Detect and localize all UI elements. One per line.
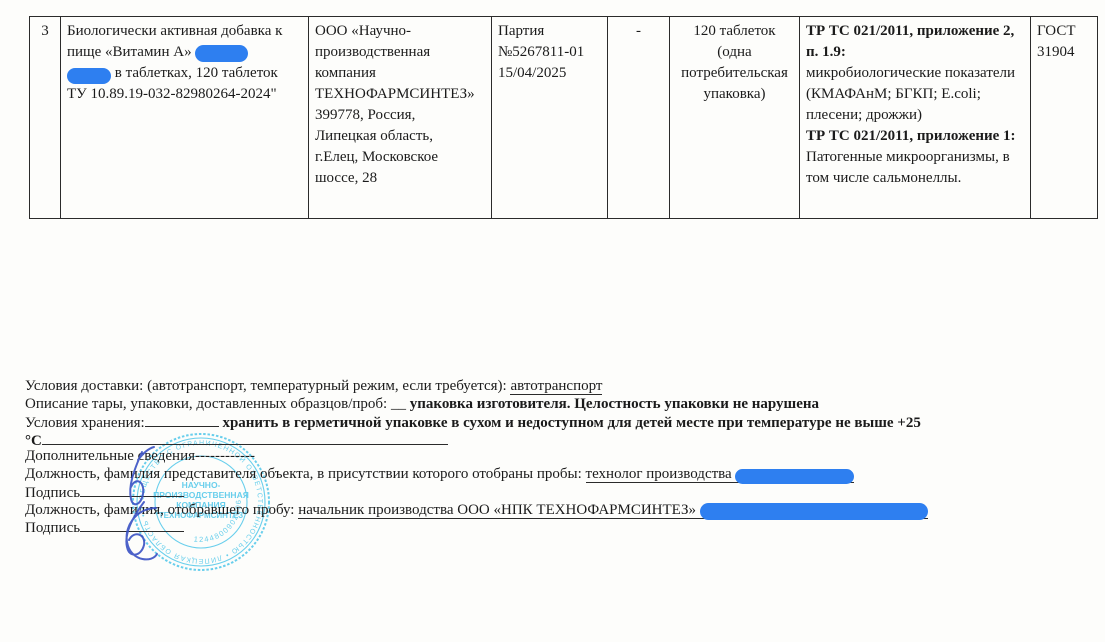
batch-line: 15/04/2025 [498, 65, 566, 81]
delivery-label: Условия доставки: (автотранспорт, темпер… [25, 378, 510, 394]
signature-ink-2 [126, 502, 157, 559]
cell-requirements: ТР ТС 021/2011, приложение 2, п. 1.9: ми… [800, 17, 1031, 219]
redaction-box [195, 45, 248, 62]
product-line: ТУ 10.89.19-032-82980264-2024" [67, 86, 277, 102]
manufacturer-line: шоссе, 28 [315, 170, 377, 186]
manufacturer-line: 399778, Россия, [315, 107, 415, 123]
redaction-box [735, 469, 854, 484]
requirement-body: микробиологические показатели (КМАФАнМ; … [806, 63, 1024, 126]
storage-value-2: °С [25, 433, 42, 449]
representative-value: технолог производства [586, 466, 736, 482]
quantity-line: 120 таблеток [693, 23, 775, 39]
quantity-line: упаковка) [703, 86, 765, 102]
redaction-box [700, 503, 928, 520]
gost-line: 31904 [1037, 44, 1075, 60]
cell-quantity: 120 таблеток (одна потребительская упако… [670, 17, 800, 219]
quantity-line: (одна [717, 44, 751, 60]
product-line: в таблетках, 120 таблеток [115, 65, 278, 81]
storage-label: Условия хранения: [25, 415, 145, 431]
delivery-value: автотранспорт [510, 378, 602, 395]
storage-line: Условия хранения: хранить в герметичной … [25, 413, 1095, 431]
quantity-line: потребительская [681, 65, 788, 81]
storage-value: хранить в герметичной упаковке в сухом и… [219, 415, 921, 431]
row-number: 3 [41, 23, 49, 39]
requirement-header: ТР ТС 021/2011, приложение 1: [806, 126, 1024, 147]
redaction-box [67, 68, 111, 84]
cell-manufacturer: ООО «Научно- производственная компания Т… [309, 17, 492, 219]
cell-product: Биологически активная добавка к пище «Ви… [61, 17, 309, 219]
table-row: 3 Биологически активная добавка к пище «… [30, 17, 1098, 219]
gost-line: ГОСТ [1037, 23, 1075, 39]
batch-line: Партия [498, 23, 544, 39]
requirement-header: ТР ТС 021/2011, приложение 2, п. 1.9: [806, 21, 1024, 63]
handwritten-signatures [100, 442, 195, 569]
packaging-label: Описание тары, упаковки, доставленных об… [25, 396, 410, 412]
product-line: Биологически активная добавка к [67, 23, 282, 39]
signature-label: Подпись [25, 485, 80, 501]
delivery-conditions-line: Условия доставки: (автотранспорт, темпер… [25, 378, 1095, 396]
scanned-document-page: 3 Биологически активная добавка к пище «… [0, 0, 1105, 642]
cell-batch: Партия №5267811-01 15/04/2025 [492, 17, 608, 219]
packaging-value: упаковка изготовителя. Целостность упако… [410, 396, 819, 412]
sampler-value-underlined: начальник производства ООО «НПК ТЕХНОФАР… [298, 502, 928, 519]
manufacturer-line: компания [315, 65, 376, 81]
manufacturer-line: производственная [315, 44, 430, 60]
sampler-value: начальник производства ООО «НПК ТЕХНОФАР… [298, 502, 700, 518]
manufacturer-line: ТЕХНОФАРМСИНТЕЗ» [315, 86, 475, 102]
manufacturer-line: Липецкая область, [315, 128, 433, 144]
product-line: пище «Витамин А» [67, 44, 192, 60]
representative-value-underlined: технолог производства [586, 466, 855, 483]
cell-dash: - [608, 17, 670, 219]
requirement-body: Патогенные микроорганизмы, в том числе с… [806, 147, 1024, 189]
signature-label: Подпись [25, 520, 80, 536]
blank-underline [145, 413, 219, 427]
cell-gost: ГОСТ 31904 [1031, 17, 1098, 219]
batch-line: №5267811-01 [498, 44, 584, 60]
sample-info-table: 3 Биологически активная добавка к пище «… [29, 16, 1098, 219]
signature-ink-1 [130, 447, 154, 504]
dash-value: - [636, 23, 641, 39]
cell-row-number: 3 [30, 17, 61, 219]
manufacturer-line: г.Елец, Московское [315, 149, 438, 165]
manufacturer-line: ООО «Научно- [315, 23, 411, 39]
packaging-line: Описание тары, упаковки, доставленных об… [25, 396, 1095, 414]
